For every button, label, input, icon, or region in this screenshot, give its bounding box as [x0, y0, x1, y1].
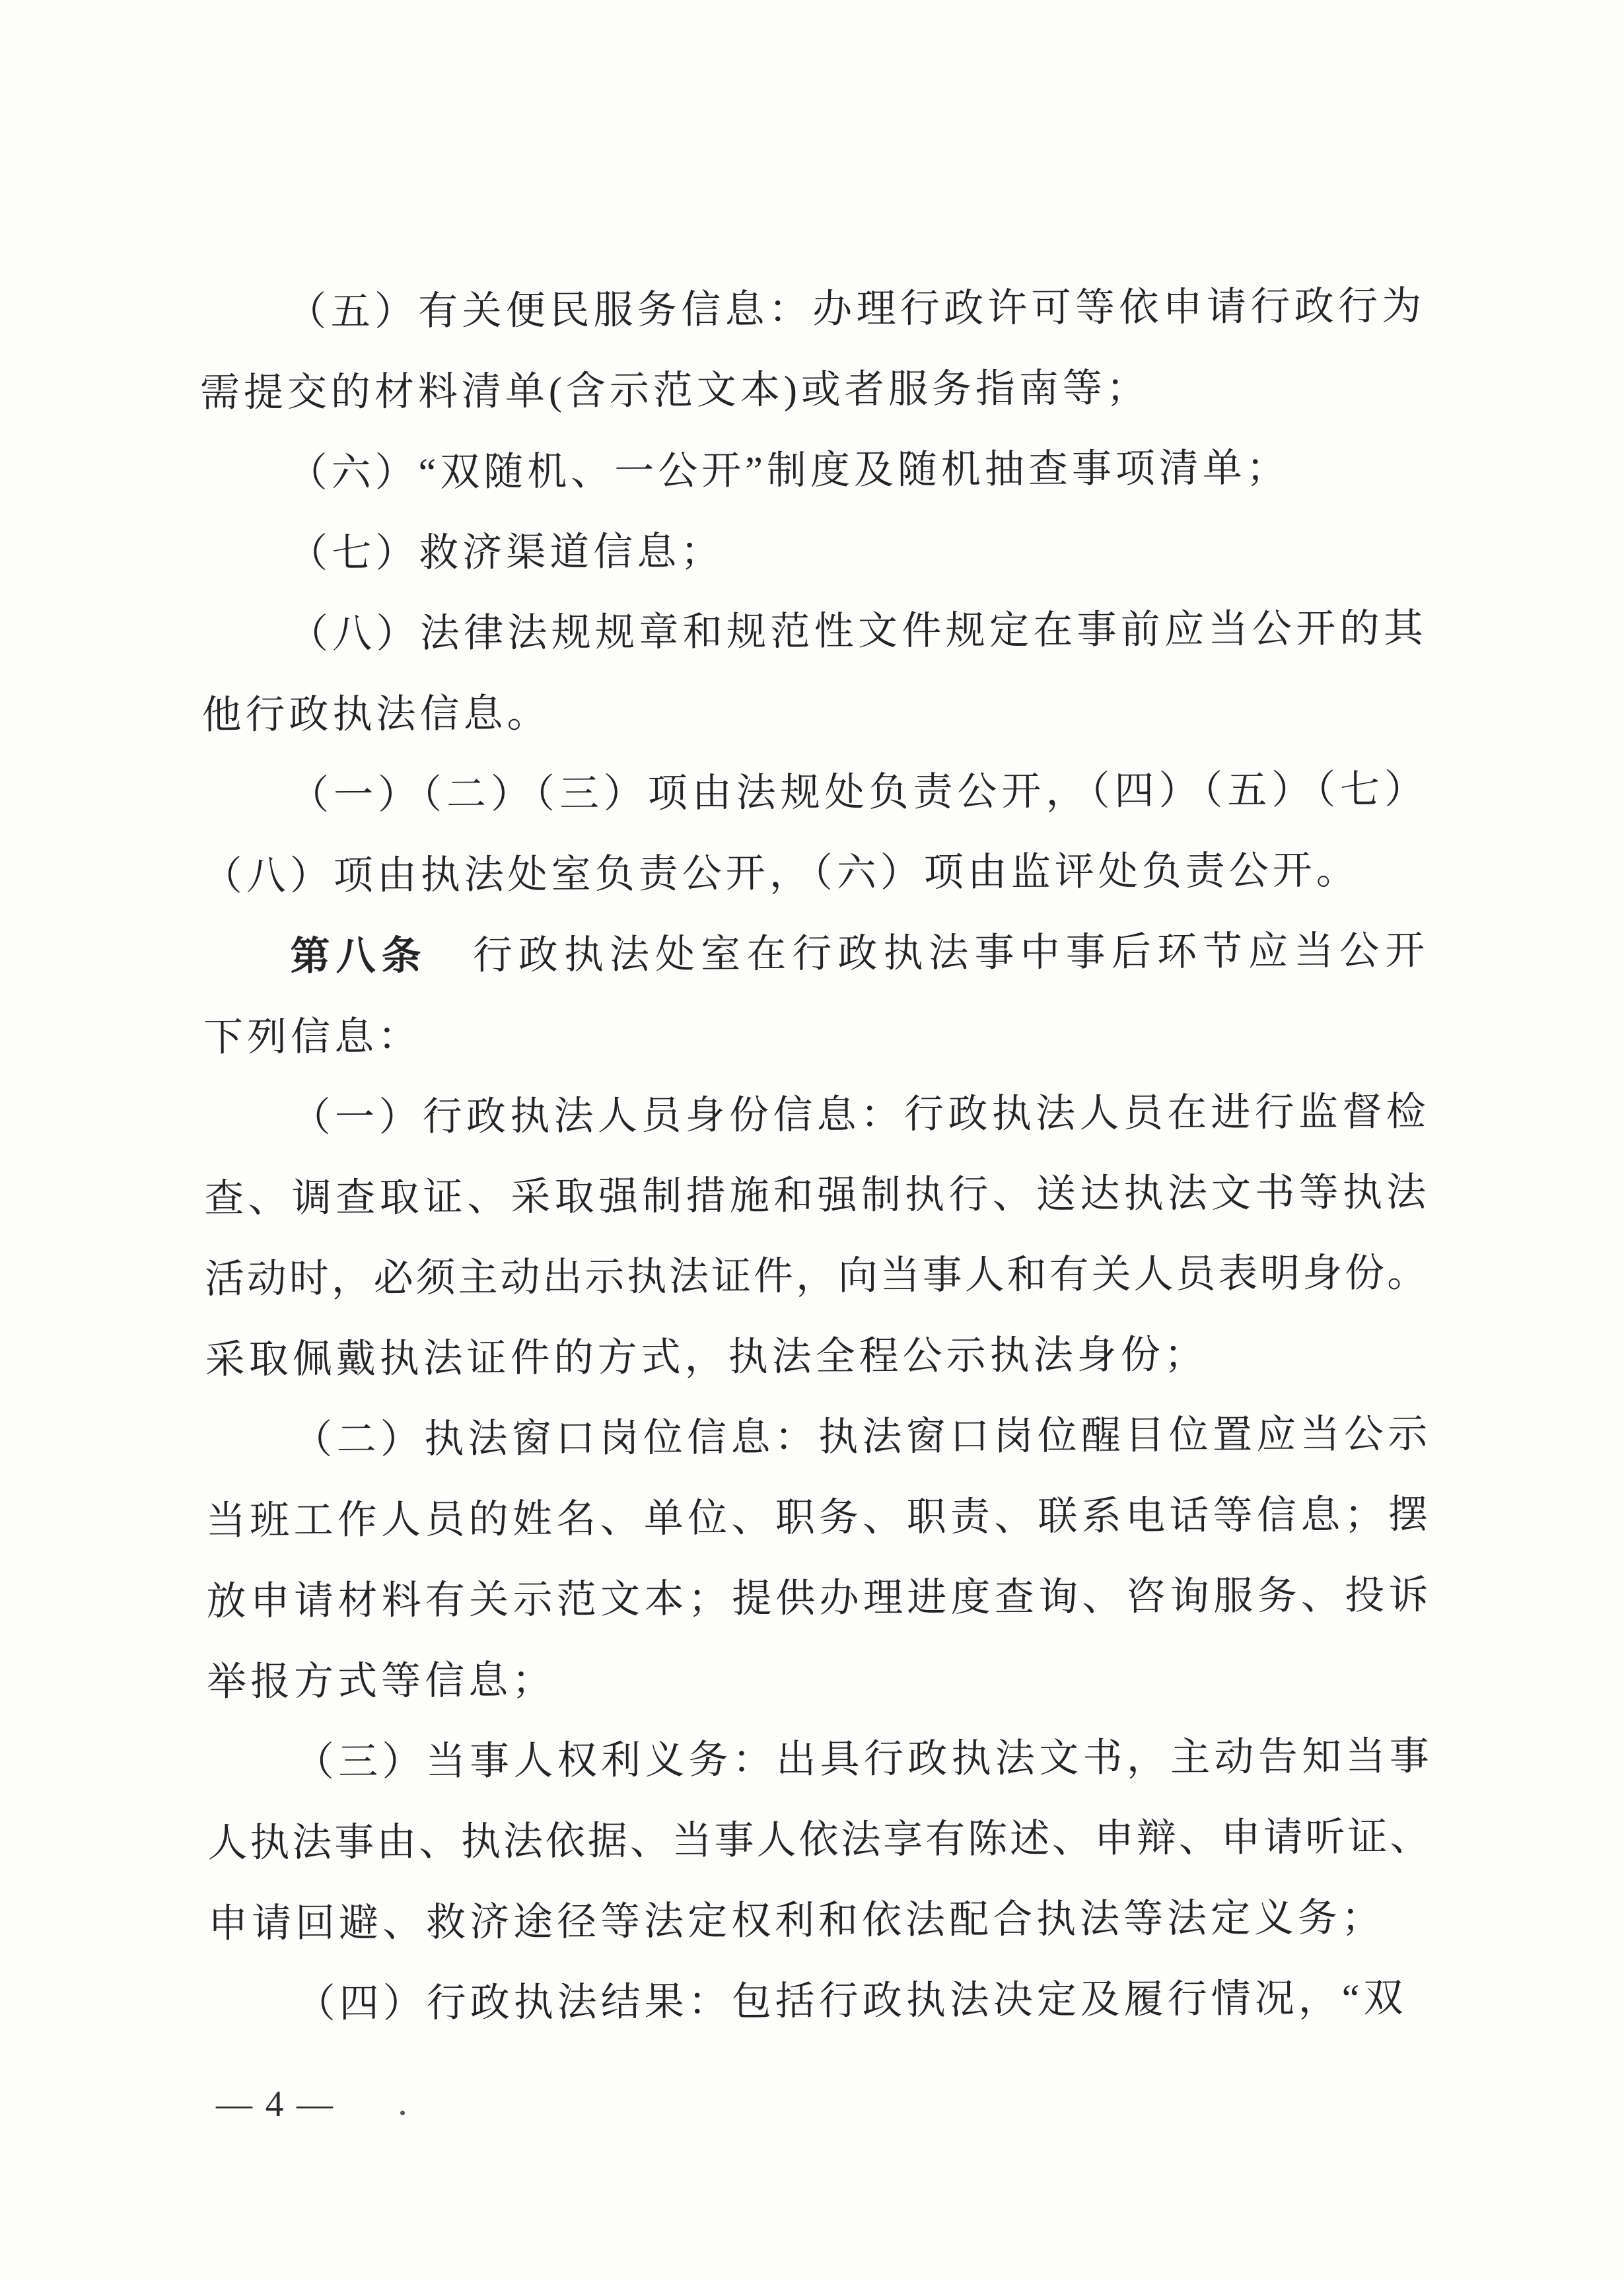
text-segment: 申请回避、救济途径等法定权利和依法配合执法等法定义务；	[208, 1896, 1385, 1946]
text-segment: 行政执法处室在行政执法事中事后环节应当公开	[427, 929, 1425, 977]
scan-artifact-dot	[400, 2111, 405, 2115]
text-segment: 采取佩戴执法证件的方式，执法全程公示执法身份；	[205, 1333, 1207, 1382]
text-segment: （八）项由执法处室负责公开，（六）项由监评处负责公开。	[203, 849, 1360, 898]
text-line: （一）（二）（三）项由法规处负责公开，（四）（五）（七）	[202, 749, 1425, 836]
text-line: 需提交的材料清单(含示范文本)或者服务指南等；	[200, 346, 1423, 433]
text-segment: （八）法律法规规章和规范性文件规定在事前应当公开的其	[289, 606, 1423, 656]
text-segment-bold: 第八条	[290, 934, 427, 978]
text-line: 放申请材料有关示范文本；提供办理进度查询、咨询服务、投诉	[206, 1555, 1429, 1642]
text-segment: （三）当事人权利义务：出具行政执法文书，主动告知当事	[295, 1734, 1429, 1784]
text-segment: （二）执法窗口岗位信息：执法窗口岗位醒目位置应当公示	[293, 1412, 1427, 1461]
text-segment: （五）有关便民服务信息：办理行政许可等依申请行政行为	[287, 284, 1421, 333]
text-segment: 活动时，必须主动出示执法证件，向当事人和有关人员表明身份。	[205, 1251, 1427, 1301]
text-segment: 需提交的材料清单(含示范文本)或者服务指南等；	[200, 366, 1150, 415]
text-line: （三）当事人权利义务：出具行政执法文书，主动告知当事	[207, 1716, 1429, 1803]
text-line: （八）法律法规规章和规范性文件规定在事前应当公开的其	[201, 588, 1424, 675]
text-segment: 举报方式等信息；	[207, 1658, 555, 1704]
text-segment: （四）行政执法结果：包括行政执法决定及履行情况，“双	[296, 1976, 1407, 2025]
text-block: （五）有关便民服务信息：办理行政许可等依申请行政行为需提交的材料清单(含示范文本…	[199, 265, 1430, 2045]
text-line: 查、调查取证、采取强制措施和强制执行、送达执法文书等执法	[204, 1152, 1427, 1239]
text-line: 申请回避、救济途径等法定权利和依法配合执法等法定义务；	[208, 1877, 1430, 1964]
text-segment: 他行政执法信息。	[201, 691, 550, 737]
text-line: 举报方式等信息；	[207, 1635, 1429, 1722]
page-number: — 4 —	[216, 2068, 335, 2140]
text-line: 当班工作人员的姓名、单位、职务、职责、联系电话等信息；摆	[206, 1474, 1429, 1561]
document-page: （五）有关便民服务信息：办理行政许可等依申请行政行为需提交的材料清单(含示范文本…	[0, 0, 1624, 2281]
text-line: （四）行政执法结果：包括行政执法决定及履行情况，“双	[208, 1957, 1430, 2045]
text-segment: 放申请材料有关示范文本；提供办理进度查询、咨询服务、投诉	[206, 1573, 1428, 1623]
text-segment: （七）救济渠道信息；	[288, 530, 724, 575]
text-segment: 人执法事由、执法依据、当事人依法享有陈述、申辩、申请听证、	[207, 1815, 1429, 1865]
text-line: 下列信息：	[203, 991, 1426, 1078]
text-segment: 查、调查取证、采取强制措施和强制执行、送达执法文书等执法	[204, 1170, 1426, 1220]
text-line: （八）项由执法处室负责公开，（六）项由监评处负责公开。	[202, 829, 1425, 917]
text-segment: （一）行政执法人员身份信息：行政执法人员在进行监督检	[291, 1090, 1426, 1139]
text-segment: （六）“双随机、一公开”制度及随机抽查事项清单；	[287, 446, 1290, 495]
text-segment: 下列信息：	[203, 1014, 421, 1059]
text-line: （二）执法窗口岗位信息：执法窗口岗位醒目位置应当公示	[205, 1393, 1428, 1481]
text-line: （五）有关便民服务信息：办理行政许可等依申请行政行为	[199, 265, 1422, 353]
text-line: （一）行政执法人员身份信息：行政执法人员在进行监督检	[203, 1071, 1426, 1158]
text-line: （六）“双随机、一公开”制度及随机抽查事项清单；	[200, 427, 1423, 514]
text-line: 活动时，必须主动出示执法证件，向当事人和有关人员表明身份。	[205, 1232, 1427, 1319]
text-segment: （一）（二）（三）项由法规处负责公开，（四）（五）（七）	[289, 767, 1424, 817]
text-line: 采取佩戴执法证件的方式，执法全程公示执法身份；	[205, 1313, 1427, 1400]
text-line: 第八条 行政执法处室在行政执法事中事后环节应当公开	[203, 910, 1425, 997]
text-line: （七）救济渠道信息；	[201, 507, 1423, 594]
text-segment: 当班工作人员的姓名、单位、职务、职责、联系电话等信息；摆	[206, 1492, 1428, 1543]
text-line: 人执法事由、执法依据、当事人依法享有陈述、申辩、申请听证、	[207, 1796, 1430, 1883]
text-line: 他行政执法信息。	[201, 668, 1424, 755]
